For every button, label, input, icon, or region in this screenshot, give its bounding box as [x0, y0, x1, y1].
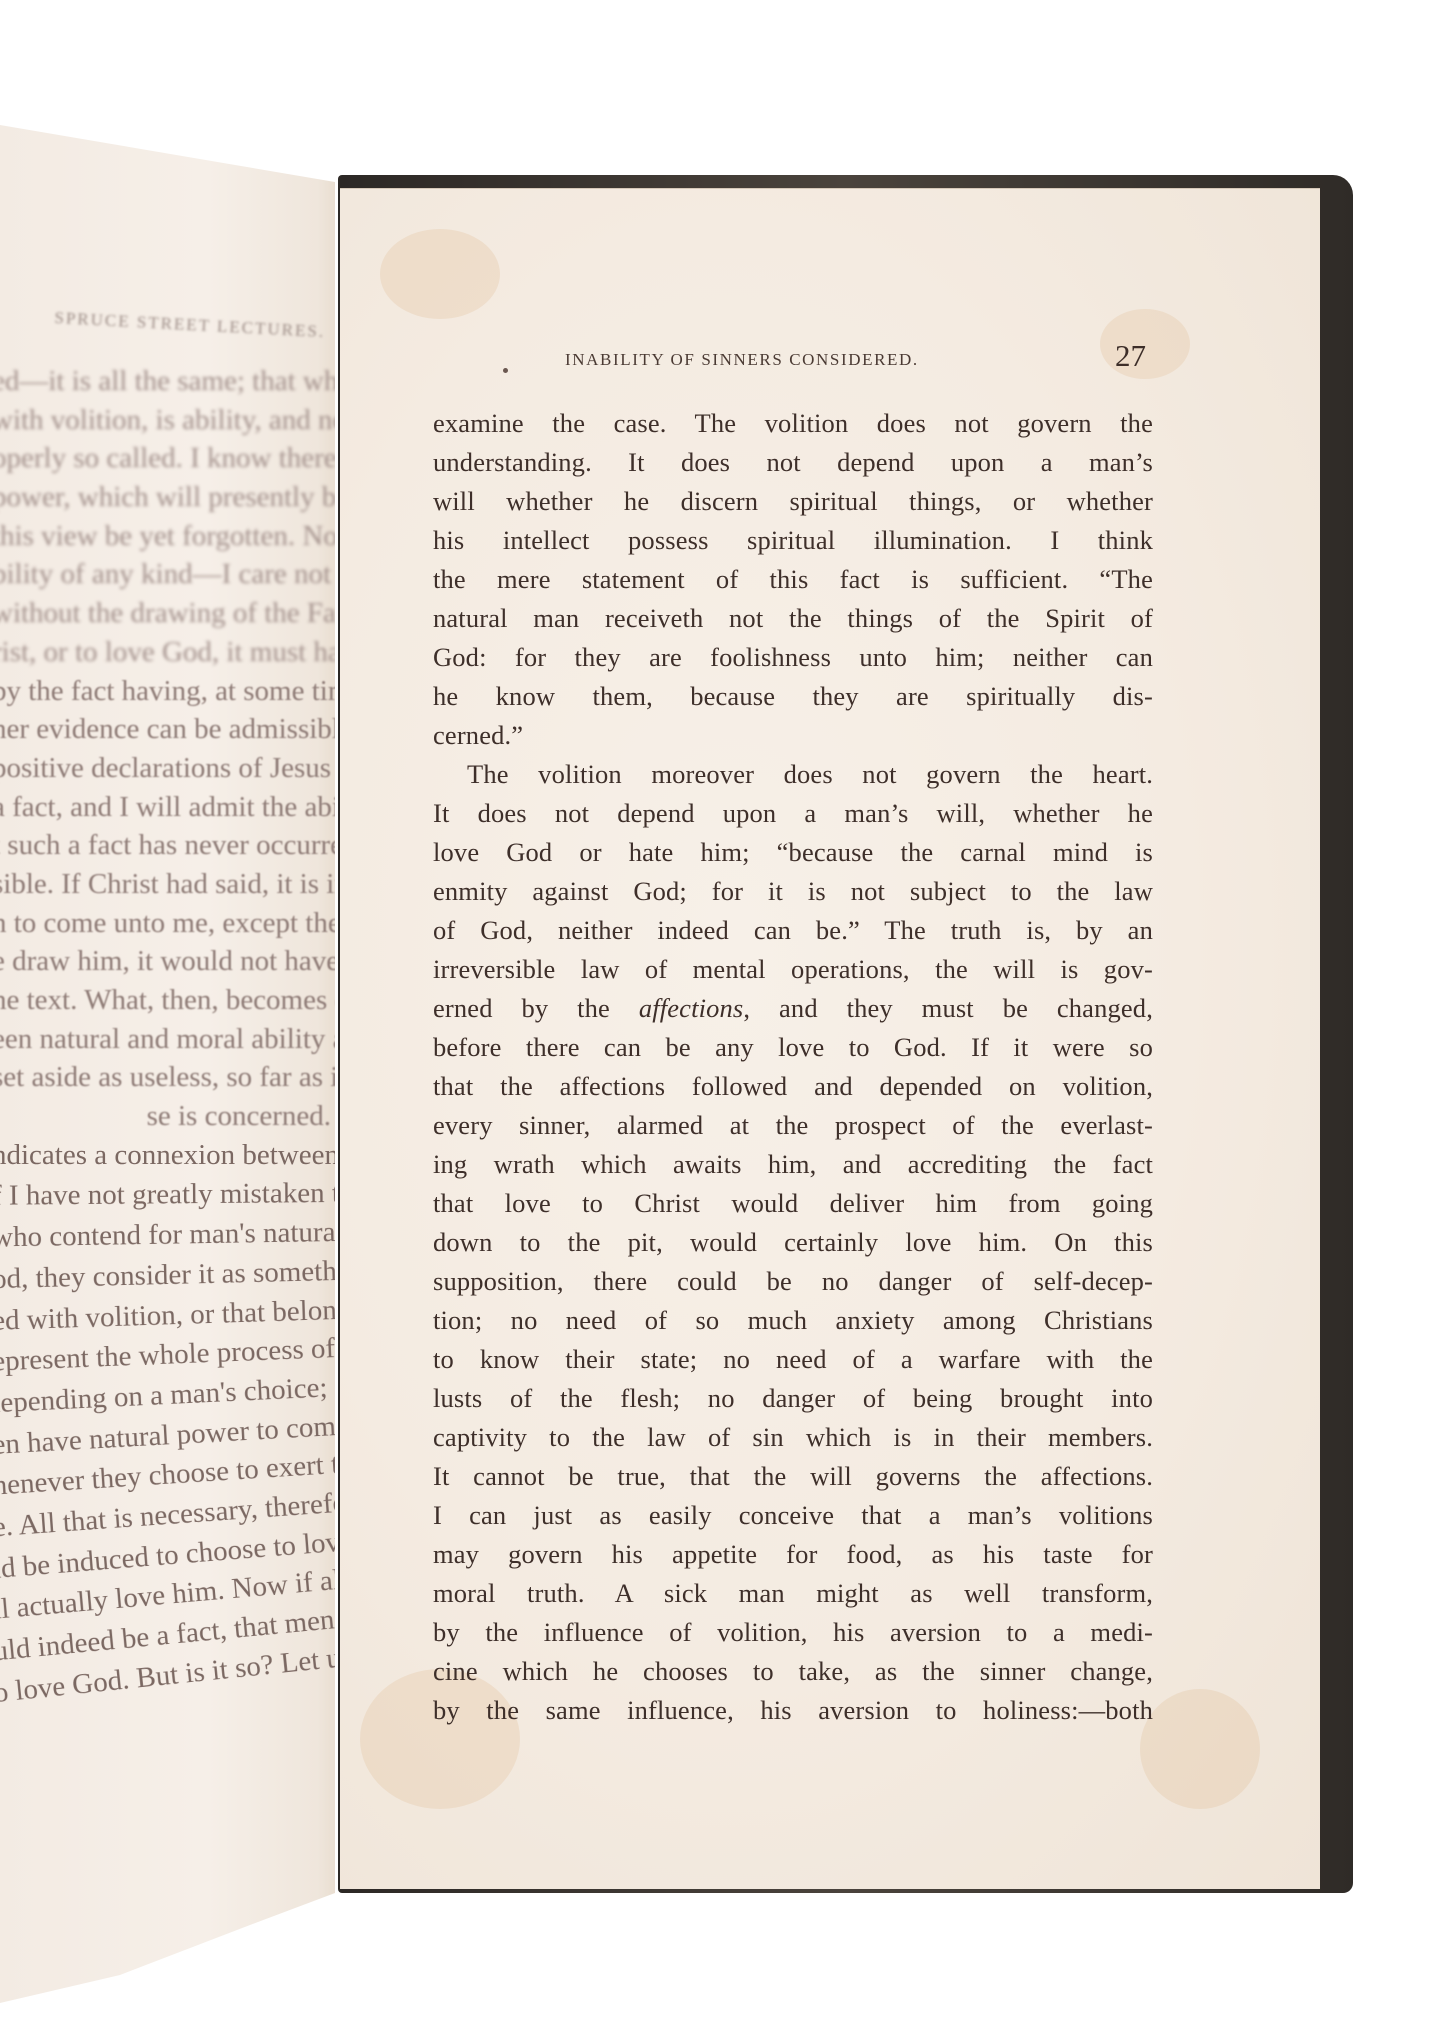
text-line: examine the case. The volition does not … — [433, 404, 1153, 443]
left-text-line: this view be yet forgotten. Now, if men — [0, 517, 337, 556]
left-text-line: ndicates a connexion between cause — [0, 1136, 337, 1175]
text-line: love God or hate him; “because the carna… — [433, 833, 1153, 872]
text-line: may govern his appetite for food, as his… — [433, 1535, 1153, 1574]
text-line: cine which he chooses to take, as the si… — [433, 1652, 1153, 1691]
text-line: understanding. It does not depend upon a… — [433, 443, 1153, 482]
left-text-line: sible. If Christ had said, it is impossi… — [0, 865, 337, 904]
left-text-line: operly so called. I know there are other — [0, 439, 337, 478]
text-line: his intellect possess spiritual illumina… — [433, 521, 1153, 560]
text-line: cerned.” — [433, 716, 1153, 755]
text-line: The volition moreover does not govern th… — [433, 755, 1153, 794]
text-line: the mere statement of this fact is suffi… — [433, 560, 1153, 599]
text-span: , and they must be changed, — [743, 993, 1153, 1023]
text-line: to know their state; no need of a warfar… — [433, 1340, 1153, 1379]
text-line: every sinner, alarmed at the prospect of… — [433, 1106, 1153, 1145]
text-line: ing wrath which awaits him, and accredit… — [433, 1145, 1153, 1184]
left-text-line: se is concerned. — [0, 1097, 337, 1136]
text-line: that love to Christ would deliver him fr… — [433, 1184, 1153, 1223]
left-text-line: rist, or to love God, it must have been — [0, 633, 337, 672]
left-text-line: he text. What, then, becomes of the — [0, 981, 337, 1020]
left-text-line: een natural and moral ability and — [0, 1020, 337, 1059]
text-line: moral truth. A sick man might as well tr… — [433, 1574, 1153, 1613]
text-line: he know them, because they are spiritual… — [433, 677, 1153, 716]
text-line: will whether he discern spiritual things… — [433, 482, 1153, 521]
left-text-line: by the fact having, at some time, taken — [0, 672, 337, 711]
right-page-text: examine the case. The volition does not … — [433, 404, 1153, 1730]
text-line: of God, neither indeed can be.” The trut… — [433, 911, 1153, 950]
text-line: captivity to the law of sin which is in … — [433, 1418, 1153, 1457]
left-text-line: bility of any kind—I care not what it ma… — [0, 555, 337, 594]
print-mark — [503, 368, 508, 373]
left-text-line: her evidence can be admissible, in oppos… — [0, 710, 337, 749]
left-text-line: without the drawing of the Father, — [0, 594, 337, 633]
left-running-head: SPRUCE STREET LECTURES. — [54, 308, 325, 342]
left-text-line: f I have not greatly mistaken the — [0, 1174, 337, 1215]
right-running-head: INABILITY OF SINNERS CONSIDERED. — [565, 350, 1025, 370]
text-line: enmity against God; for it is not subjec… — [433, 872, 1153, 911]
left-page-text: ed—it is all the same; that which comesw… — [0, 362, 337, 1677]
left-text-line: power, which will presently be examined — [0, 478, 337, 517]
page-number: 27 — [1115, 338, 1146, 374]
text-line: down to the pit, would certainly love hi… — [433, 1223, 1153, 1262]
text-line: lusts of the flesh; no danger of being b… — [433, 1379, 1153, 1418]
text-line: I can just as easily conceive that a man… — [433, 1496, 1153, 1535]
left-text-line: positive declarations of Jesus Christ — [0, 749, 337, 788]
text-line: erned by the affections, and they must b… — [433, 989, 1153, 1028]
left-text-line: a fact, and I will admit the ability — [0, 788, 337, 827]
text-line: It does not depend upon a man’s will, wh… — [433, 794, 1153, 833]
text-line: irreversible law of mental operations, t… — [433, 950, 1153, 989]
text-line: that the affections followed and depende… — [433, 1067, 1153, 1106]
text-line: supposition, there could be no danger of… — [433, 1262, 1153, 1301]
left-text-line: t such a fact has never occurred, and — [0, 826, 337, 865]
text-line: natural man receiveth not the things of … — [433, 599, 1153, 638]
text-line: by the influence of volition, his aversi… — [433, 1613, 1153, 1652]
text-line: It cannot be true, that the will governs… — [433, 1457, 1153, 1496]
left-text-line: set aside as useless, so far as its ap- — [0, 1058, 337, 1097]
text-line: tion; no need of so much anxiety among C… — [433, 1301, 1153, 1340]
text-line: by the same influence, his aversion to h… — [433, 1691, 1153, 1730]
text-line: God: for they are foolishness unto him; … — [433, 638, 1153, 677]
italic-word: affections — [639, 993, 744, 1023]
left-text-line: ed—it is all the same; that which comes — [0, 362, 337, 401]
text-line: before there can be any love to God. If … — [433, 1028, 1153, 1067]
left-text-line: with volition, is ability, and nothing e… — [0, 401, 337, 440]
left-page: SPRUCE STREET LECTURES. ed—it is all the… — [0, 0, 345, 2023]
left-text-line: who contend for man's natural — [0, 1213, 337, 1257]
left-text-line: n to come unto me, except the Father — [0, 904, 337, 943]
text-span: erned by the — [433, 993, 639, 1023]
left-text-line: e draw him, it would not have varied — [0, 942, 337, 981]
